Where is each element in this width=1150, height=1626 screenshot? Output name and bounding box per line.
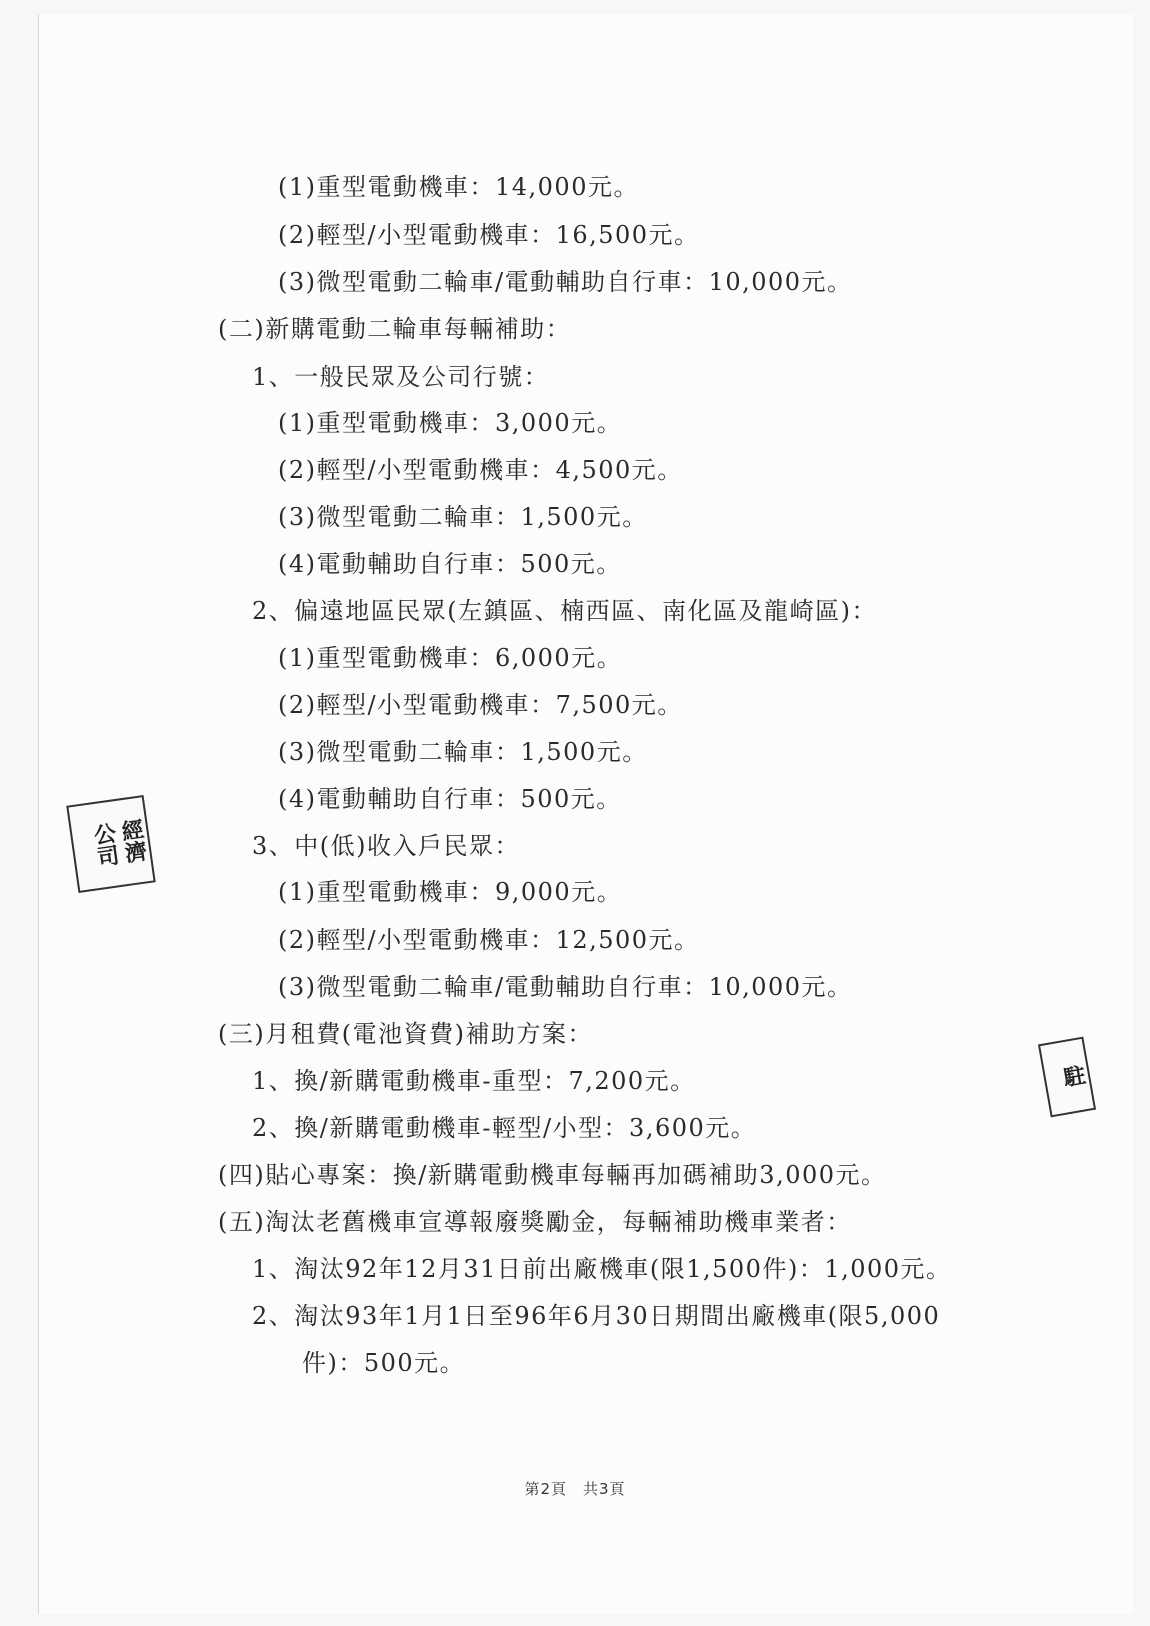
document-line: (3)微型電動二輪車/電動輔助自行車：10,000元。 [278, 972, 853, 1002]
document-line: (4)電動輔助自行車：500元。 [278, 784, 622, 814]
document-line: (五)淘汰老舊機車宣導報廢獎勵金，每輛補助機車業者： [218, 1207, 852, 1237]
document-line: (2)輕型/小型電動機車：16,500元。 [278, 220, 700, 250]
document-line: 1、換/新購電動機車-重型：7,200元。 [252, 1066, 696, 1096]
document-line: (三)月租費(電池資費)補助方案： [218, 1019, 593, 1049]
document-line: (2)輕型/小型電動機車：7,500元。 [278, 690, 683, 720]
document-line: (3)微型電動二輪車：1,500元。 [278, 502, 648, 532]
document-line: 2、淘汰93年1月1日至96年6月30日期間出廠機車(限5,000 [252, 1301, 940, 1331]
document-line: (4)電動輔助自行車：500元。 [278, 549, 622, 579]
document-line: 3、中(低)收入戶民眾： [252, 831, 520, 861]
document-line: (2)輕型/小型電動機車：12,500元。 [278, 925, 700, 955]
document-line: (四)貼心專案：換/新購電動機車每輛再加碼補助3,000元。 [218, 1160, 887, 1190]
document-line: 1、淘汰92年12月31日前出廠機車(限1,500件)：1,000元。 [252, 1254, 952, 1284]
document-line: (2)輕型/小型電動機車：4,500元。 [278, 455, 683, 485]
seal-text: 駐 [1055, 1044, 1089, 1109]
document-line: 2、偏遠地區民眾(左鎮區、楠西區、南化區及龍崎區)： [252, 596, 877, 626]
document-line: (二)新購電動二輪車每輛補助： [218, 314, 571, 344]
document-line: (1)重型電動機車：3,000元。 [278, 408, 622, 438]
document-line: 2、換/新購電動機車-輕型/小型：3,600元。 [252, 1113, 756, 1143]
document-line: (3)微型電動二輪車/電動輔助自行車：10,000元。 [278, 267, 853, 297]
document-page [38, 14, 1133, 1614]
document-line: 1、一般民眾及公司行號： [252, 362, 549, 392]
page-number: 第2頁 共3頁 [0, 1478, 1150, 1499]
document-line: 件)：500元。 [302, 1348, 465, 1378]
document-line: (3)微型電動二輪車：1,500元。 [278, 737, 648, 767]
seal-stamp-left: 經濟 公司 [66, 795, 155, 893]
document-line: (1)重型電動機車：14,000元。 [278, 172, 639, 202]
seal-text: 經濟 [115, 802, 149, 881]
document-line: (1)重型電動機車：9,000元。 [278, 877, 622, 907]
document-line: (1)重型電動機車：6,000元。 [278, 643, 622, 673]
